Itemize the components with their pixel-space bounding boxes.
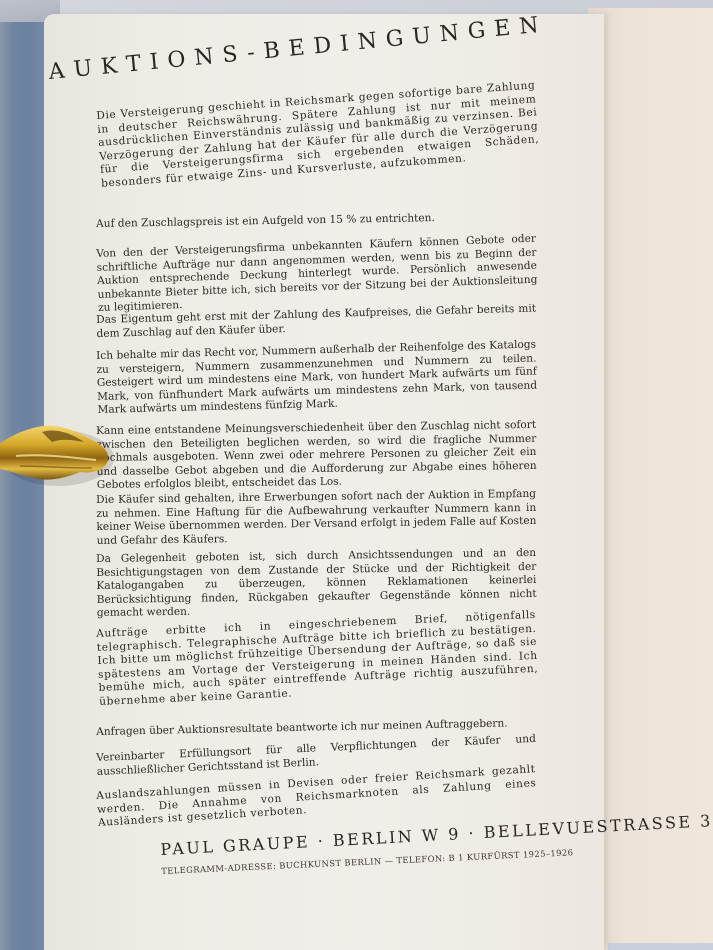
gold-hand-clasp-icon: [0, 412, 116, 492]
next-page-edge: [588, 8, 713, 950]
paragraph-complaints: Da Gelegenheit geboten ist, sich durch A…: [96, 547, 537, 621]
paragraph-collection: Die Käufer sind gehalten, ihre Erwerbung…: [96, 488, 537, 549]
table-surface: [608, 943, 713, 950]
paragraph-bidding-increments: Ich behalte mir das Recht vor, Nummern a…: [96, 338, 538, 417]
paragraph-disputes: Kann eine entstandene Meinungsverschiede…: [96, 419, 537, 493]
